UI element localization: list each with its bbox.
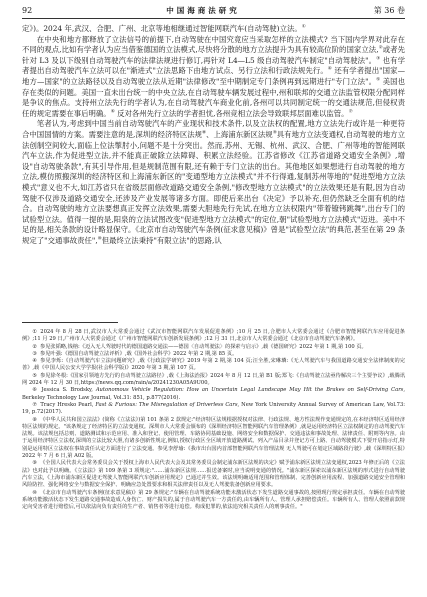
body-paragraph: 笔者认为,考虑到中国当前自动驾驶汽车的产业现状和技术条件,以及立法权的配置,地方… [22, 119, 405, 246]
footnote-marker: ④ [32, 358, 37, 364]
text-run: 参见叶强:《德国自动驾驶立法评析》,载《国外社会科学》2022 年第 2 期,第… [40, 351, 237, 357]
footnote: ⑨《全国人民代表大会常务委员会关于授权上海市人民代表大会及其常务委员会制定浦东新… [22, 460, 405, 489]
text-run: Tracy Hresko Pearl, [40, 402, 95, 408]
body-text: 定》)。2024 年,武汉、合肥、广州、北京等地相继通过智能网联汽车(自动驾驶)… [22, 24, 405, 246]
footnote-marker: ⑦ [32, 402, 37, 408]
text-run: 参见徐冬根:《国家引领地方先行的自动驾驶立法路径》,载《上海法治报》2024 年… [22, 373, 405, 386]
text-run: 反对各州先行立法的学者担忧,各州竞相立法会导致联邦层面难以监管。 [115, 109, 349, 118]
text-run: 《中华人民共和国立法法》(简称《立法法》)第 101 条第 2 款规定:"经济特… [22, 417, 405, 459]
footnote: ④参见李烁:《自动驾驶汽车立法问题研究》,载《行政法学研究》2019 年第 2 … [22, 358, 405, 373]
italic-title: Autonomous Vehicle Regulation: How an Un… [96, 387, 404, 393]
text-run: Jessica S. Brodsky, [41, 387, 95, 393]
text-run: 但最终立法秉持"有限立法"的思路,认 [102, 236, 222, 245]
page-number: 92 [22, 6, 32, 16]
document-page: 92 中国海商法研究 第 36 卷 定》)。2024 年,武汉、合肥、广州、北京… [0, 0, 427, 597]
text-run: 《北京市自动驾驶汽车条例(征求意见稿)》第 29 条规定:"车辆在自动驾驶系统功… [22, 490, 405, 511]
footnote: ⑤参见徐冬根:《国家引领地方先行的自动驾驶立法路径》,载《上海法治报》2024 … [22, 373, 405, 388]
footnote-marker: ⑧ [32, 417, 37, 423]
footnote-marker: ① [32, 329, 37, 335]
footnote-marker: ⑤ [32, 373, 37, 379]
body-paragraph: 在中央和地方都释放了立法信号的前提下,自动驾驶在中国究竟应当采取怎样的立法模式?… [22, 35, 405, 120]
footnote-marker: ⑥ [32, 387, 38, 393]
text-run: 、上海浦东新区法规 [206, 130, 273, 139]
running-head: 92 中国海商法研究 第 36 卷 [22, 4, 405, 19]
footnote: ⑥Jessica S. Brodsky, Autonomous Vehicle … [22, 387, 405, 402]
footnote: ①2024 年 8 月 28 日,武汉市人大常委会通过《武汉市智能网联汽车发展促… [22, 329, 405, 344]
footnote: ⑧《中华人民共和国立法法》(简称《立法法》)第 101 条第 2 款规定:"经济… [22, 417, 405, 461]
footnote-ref[interactable]: ⑦ [349, 109, 353, 114]
italic-title: Fast & Furious: The Misregulation of Dri… [95, 402, 237, 408]
text-run: 参见张韬略,钱榕:《迈入无人驾驶时代的德国道路交通法——德国〈自动驾驶法〉的探索… [40, 344, 367, 350]
footnote-ref[interactable]: ① [302, 25, 306, 30]
text-run: 在中央和地方都释放了立法信号的前提下,自动驾驶在中国究竟应当采取怎样的立法模式?… [22, 35, 405, 55]
text-run: 参见李烁:《自动驾驶汽车立法问题研究》,载《行政法学研究》2019 年第 2 期… [22, 358, 405, 371]
footnote-divider [22, 322, 118, 323]
text-run: 具有地方立法变通权,自动驾驶的地方立法创制空间较大,面临上位法掣肘小,问题不是十… [22, 130, 405, 245]
footnote-marker: ⑨ [32, 460, 37, 466]
volume-label: 第 36 卷 [374, 6, 405, 16]
footnotes: ①2024 年 8 月 28 日,武汉市人大常委会通过《武汉市智能网联汽车发展促… [22, 329, 405, 511]
footnote: ⑦Tracy Hresko Pearl, Fast & Furious: The… [22, 402, 405, 417]
journal-title: 中国海商法研究 [166, 6, 240, 16]
text-run: 《全国人民代表大会常务委员会关于授权上海市人民代表大会及其常务委员会制定浦东新区… [22, 460, 405, 488]
footnote: ②参见张韬略,钱榕:《迈入无人驾驶时代的德国道路交通法——德国〈自动驾驶法〉的探… [22, 344, 405, 351]
text-run: 2024 年 8 月 28 日,武汉市人大常委会通过《武汉市智能网联汽车发展促进… [22, 329, 405, 342]
body-paragraph: 定》)。2024 年,武汉、合肥、广州、北京等地相继通过智能网联汽车(自动驾驶)… [22, 24, 405, 35]
footnote-marker: ⑩ [32, 490, 37, 496]
footnote: ⑩《北京市自动驾驶汽车条例(征求意见稿)》第 29 条规定:"车辆在自动驾驶系统… [22, 490, 405, 512]
text-run: 定》)。2024 年,武汉、合肥、广州、北京等地相继通过智能网联汽车(自动驾驶)… [22, 24, 302, 33]
footnote-marker: ③ [32, 351, 37, 357]
footnote-marker: ② [32, 344, 37, 350]
